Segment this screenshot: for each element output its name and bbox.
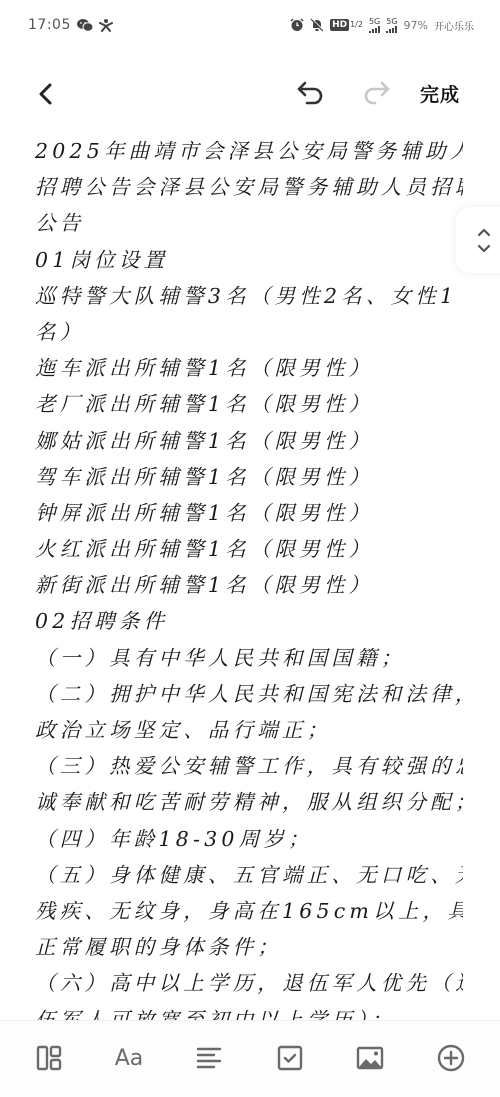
doc-line: 新街派出所辅警1名（限男性） xyxy=(35,567,463,603)
doc-line: 火红派出所辅警1名（限男性） xyxy=(35,531,463,567)
status-right: HD 1/2 5G 5G 97% 开心乐乐 xyxy=(290,18,474,33)
done-button[interactable]: 完成 xyxy=(420,80,460,107)
status-bar: 17:05 HD 1/2 5G 5G 97% 开心乐乐 xyxy=(0,0,500,50)
app-notification-icon xyxy=(99,18,113,32)
doc-line: 正常履职的身体条件； xyxy=(35,929,463,965)
redo-button[interactable] xyxy=(358,76,394,112)
doc-line: 名） xyxy=(35,314,463,350)
paragraph-align-button[interactable] xyxy=(192,1043,226,1073)
doc-line: （一）具有中华人民共和国国籍； xyxy=(35,640,463,676)
doc-line: 诚奉献和吃苦耐劳精神，服从组织分配； xyxy=(35,784,463,820)
doc-title-line-3: 公告 xyxy=(35,205,463,241)
doc-line: 钟屏派出所辅警1名（限男性） xyxy=(35,495,463,531)
image-icon xyxy=(355,1045,385,1071)
checkbox-icon xyxy=(276,1044,304,1072)
alarm-icon xyxy=(290,18,304,32)
undo-icon xyxy=(296,80,326,108)
layout-template-icon xyxy=(35,1044,63,1072)
scroll-up-button[interactable] xyxy=(476,227,492,237)
hd-icon: HD 1/2 xyxy=(330,19,363,31)
note-editor-content[interactable]: 2025年曲靖市会泽县公安局警务辅助人员 招聘公告会泽县公安局警务辅助人员招聘 … xyxy=(35,133,463,1020)
align-left-icon xyxy=(195,1045,223,1071)
add-circle-icon xyxy=(436,1043,466,1073)
doc-line: 娜姑派出所辅警1名（限男性） xyxy=(35,423,463,459)
mute-icon xyxy=(310,18,324,32)
section-heading-positions: 01岗位设置 xyxy=(35,242,463,278)
editor-top-bar: 完成 xyxy=(0,62,500,126)
doc-line: 老厂派出所辅警1名（限男性） xyxy=(35,386,463,422)
undo-button[interactable] xyxy=(293,76,329,112)
back-button[interactable] xyxy=(30,76,60,112)
carrier-label: 开心乐乐 xyxy=(434,18,474,33)
doc-title-line-1: 2025年曲靖市会泽县公安局警务辅助人员 xyxy=(35,133,463,169)
doc-line: （六）高中以上学历，退伍军人优先（退 xyxy=(35,965,463,1001)
signal-5g-icon: 5G xyxy=(386,18,397,33)
doc-line: 驾车派出所辅警1名（限男性） xyxy=(35,459,463,495)
insert-image-button[interactable] xyxy=(353,1043,387,1073)
doc-line: （四）年龄18-30周岁； xyxy=(35,821,463,857)
doc-line: （三）热爱公安辅警工作，具有较强的忠 xyxy=(35,748,463,784)
add-button[interactable] xyxy=(434,1043,468,1073)
wechat-icon xyxy=(77,18,93,32)
doc-line: （五）身体健康、五官端正、无口吃、无 xyxy=(35,857,463,893)
bottom-toolbar: Aa xyxy=(0,1020,500,1097)
section-heading-requirements: 02招聘条件 xyxy=(35,603,463,639)
doc-line: 伍军人可放宽至初中以上学历）； xyxy=(35,1002,463,1021)
template-button[interactable] xyxy=(32,1043,66,1073)
chevron-down-icon xyxy=(477,244,491,253)
status-time: 17:05 xyxy=(28,17,71,33)
redo-icon xyxy=(361,80,391,108)
doc-line: （二）拥护中华人民共和国宪法和法律， xyxy=(35,676,463,712)
doc-line: 残疾、无纹身，身高在165cm以上，具备 xyxy=(35,893,463,929)
doc-line: 迤车派出所辅警1名（限男性） xyxy=(35,350,463,386)
doc-title-line-2: 招聘公告会泽县公安局警务辅助人员招聘 xyxy=(35,169,463,205)
doc-line: 巡特警大队辅警3名（男性2名、女性1 xyxy=(35,278,463,314)
scroll-navigator xyxy=(456,207,500,273)
chevron-left-icon xyxy=(36,82,54,106)
scroll-down-button[interactable] xyxy=(476,243,492,253)
checklist-button[interactable] xyxy=(273,1043,307,1073)
signal-5g-icon: 5G xyxy=(369,18,380,33)
battery-level: 97% xyxy=(404,19,428,32)
text-format-icon: Aa xyxy=(115,1046,144,1071)
doc-line: 政治立场坚定、品行端正； xyxy=(35,712,463,748)
text-format-button[interactable]: Aa xyxy=(112,1043,146,1073)
chevron-up-icon xyxy=(477,228,491,237)
status-left: 17:05 xyxy=(28,17,113,33)
